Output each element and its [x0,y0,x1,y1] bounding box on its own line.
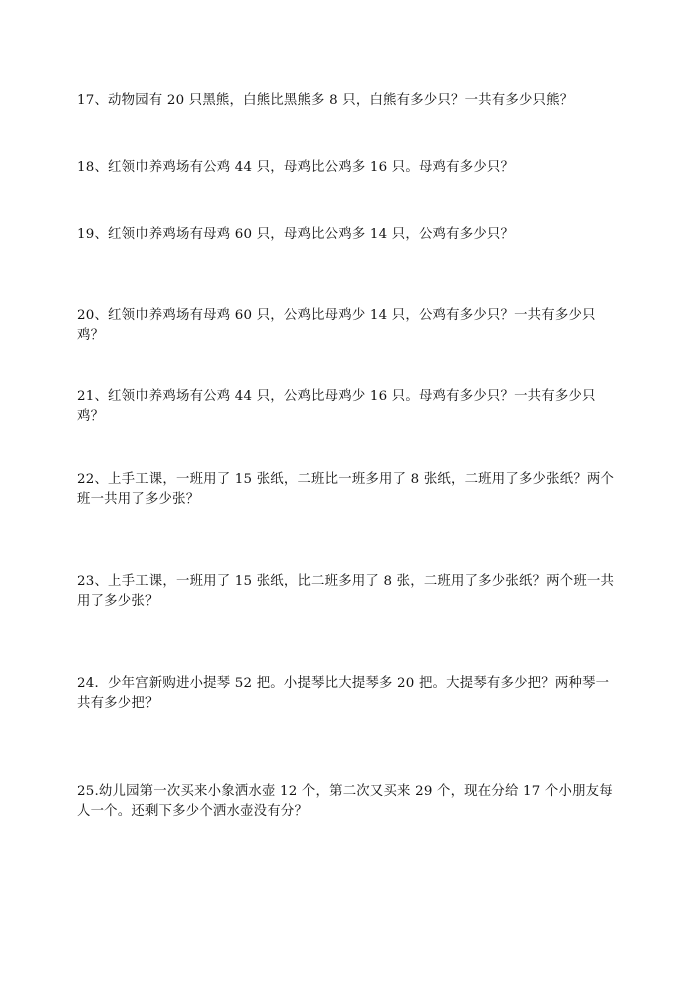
question-24: 24．少年宫新购进小提琴 52 把。小提琴比大提琴多 20 把。大提琴有多少把？… [77,674,622,714]
question-19: 19、红领巾养鸡场有母鸡 60 只，母鸡比公鸡多 14 只，公鸡有多少只？ [77,225,622,245]
question-21: 21、红领巾养鸡场有公鸡 44 只，公鸡比母鸡少 16 只。母鸡有多少只？一共有… [77,387,622,427]
question-22: 22、上手工课，一班用了 15 张纸，二班比一班多用了 8 张纸，二班用了多少张… [77,470,622,510]
question-18: 18、红领巾养鸡场有公鸡 44 只，母鸡比公鸡多 16 只。母鸡有多少只？ [77,158,622,178]
question-20: 20、红领巾养鸡场有母鸡 60 只，公鸡比母鸡少 14 只，公鸡有多少只？一共有… [77,306,622,346]
question-23: 23、上手工课，一班用了 15 张纸，比二班多用了 8 张，二班用了多少张纸？两… [77,572,622,612]
question-17: 17、动物园有 20 只黑熊，白熊比黑熊多 8 只，白熊有多少只？一共有多少只熊… [77,91,622,111]
question-25: 25.幼儿园第一次买来小象洒水壶 12 个，第二次又买来 29 个，现在分给 1… [77,782,622,822]
